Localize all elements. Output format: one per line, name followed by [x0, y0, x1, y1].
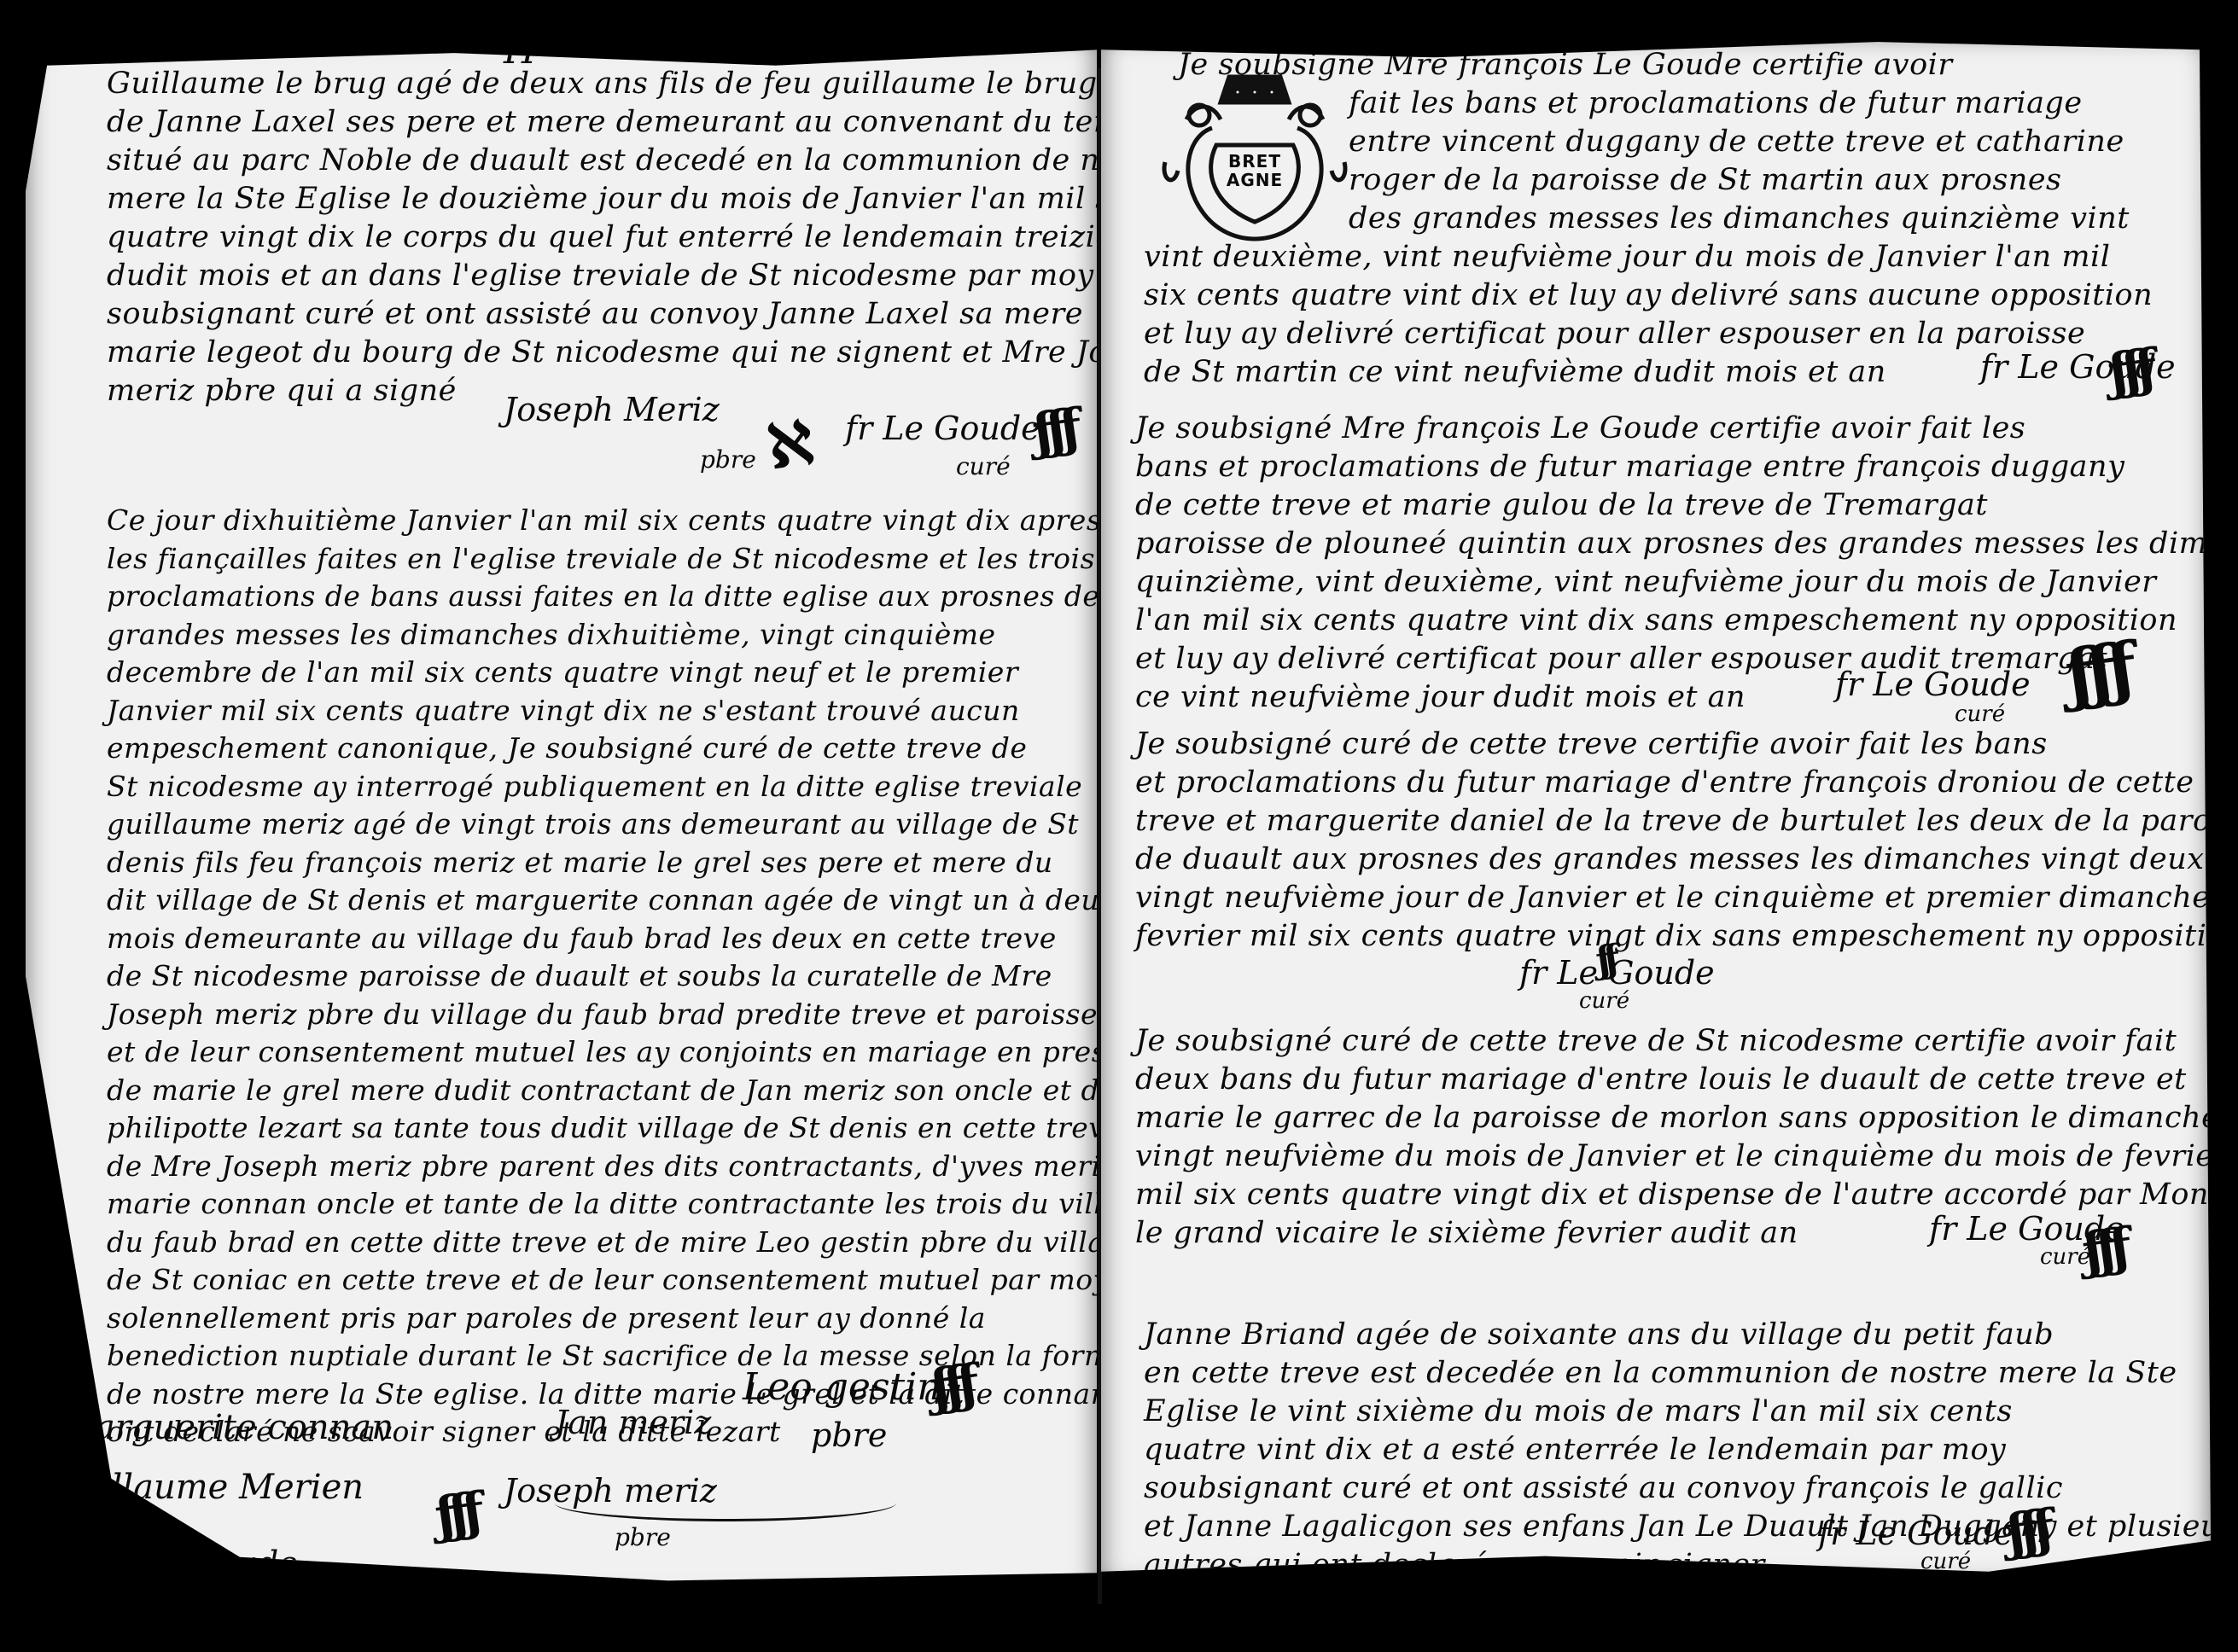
- entry-line: Guillaume le brug agé de deux ans fils d…: [107, 65, 1071, 103]
- signature-title-cure: curé: [188, 1583, 238, 1604]
- entry-line: marie connan oncle et tante de la ditte …: [107, 1185, 1080, 1224]
- entry-line: Je soubsigné Mre françois Le Goude certi…: [1135, 410, 2194, 448]
- signature-le-goude: fr Le Goude: [1818, 1515, 2014, 1552]
- entry-line: quatre vint dix et a esté enterrée le le…: [1144, 1431, 2194, 1469]
- entry-line: marie legeot du bourg de St nicodesme qu…: [107, 334, 1071, 372]
- entry-line: en cette treve est decedée en la communi…: [1144, 1354, 2194, 1393]
- entry-line: quinzième, vint deuxième, vint neufvième…: [1135, 563, 2194, 602]
- entry-line: de marie le grel mere dudit contractant …: [107, 1072, 1080, 1110]
- entry-line: du faub brad en cette ditte treve et de …: [107, 1224, 1080, 1262]
- signature-title-pbre: pbre: [700, 445, 756, 474]
- entry-line: quatre vingt dix le corps du quel fut en…: [107, 218, 1071, 257]
- right-page: Je soubsigné Mre françois Le Goude certi…: [1101, 34, 2211, 1587]
- entry-line: de St nicodesme paroisse de duault et so…: [107, 957, 1080, 996]
- signature-title-cure: curé: [1579, 988, 1629, 1014]
- entry-line: de cette treve et marie gulou de la trev…: [1135, 486, 2194, 525]
- entry-line: l'an mil six cents quatre vint dix sans …: [1135, 602, 2194, 640]
- bretagne-stamp: BRET AGNE: [1152, 68, 1357, 256]
- entry-line: grandes messes les dimanches dixhuitième…: [107, 616, 1080, 654]
- left-page: D H Guillaume le brug agé de deux ans fi…: [26, 34, 1097, 1604]
- signature-guillaume-merien: Guillaume Merien: [51, 1468, 364, 1507]
- paraph-loop-icon: ℵ: [763, 407, 808, 482]
- entry-line: bans et proclamations de futur mariage e…: [1135, 448, 2194, 486]
- entry-line: guillaume meriz agé de vingt trois ans d…: [107, 806, 1080, 844]
- entry-line: soubsignant curé et ont assisté au convo…: [107, 295, 1071, 334]
- entry-line: Ce jour dixhuitième Janvier l'an mil six…: [107, 502, 1080, 540]
- entry-line: paroisse de plouneé quintin aux prosnes …: [1135, 525, 2194, 563]
- entry-line: les fiançailles faites en l'eglise trevi…: [107, 540, 1080, 579]
- entry-line: de St coniac en cette treve et de leur c…: [107, 1261, 1080, 1300]
- paraph-flourish-icon: ƒƒƒ: [926, 1354, 975, 1419]
- entry-line: empeschement canonique, Je soubsigné cur…: [107, 730, 1080, 768]
- entry-line: denis fils feu françois meriz et marie l…: [107, 844, 1080, 882]
- paraph-flourish-icon: ƒƒƒ: [2002, 1499, 2050, 1564]
- signature-title-pbre: pbre: [811, 1416, 887, 1454]
- entry-line: Janvier mil six cents quatre vingt dix n…: [107, 692, 1080, 730]
- entry-line: mil six cents quatre vingt dix et dispen…: [1135, 1176, 2194, 1214]
- signature-marguerite-connan: Marguerite connan: [60, 1408, 393, 1447]
- paraph-flourish-icon: ƒƒƒ: [431, 1482, 480, 1547]
- entry-line: ce vint neufvième jour dudit mois et an: [1135, 678, 2194, 717]
- entry-line: de Janne Laxel ses pere et mere demeuran…: [107, 103, 1071, 142]
- entry-line: situé au parc Noble de duault est decedé…: [107, 142, 1071, 180]
- entry-line: mois demeurante au village du faub brad …: [107, 920, 1080, 958]
- entry-line: et de leur consentement mutuel les ay co…: [107, 1033, 1080, 1072]
- signature-joseph-meriz: Joseph Meriz: [504, 391, 720, 428]
- paraph-flourish-icon: ƒƒƒ: [277, 1559, 326, 1604]
- entry-line: six cents quatre vint dix et luy ay deli…: [1144, 276, 2194, 315]
- entry-line: dit village de St denis et marguerite co…: [107, 881, 1080, 920]
- signature-le-goude: fr Le Goude: [1835, 666, 2031, 703]
- entry-line: Je soubsigné curé de cette treve de St n…: [1135, 1022, 2194, 1061]
- entry-line: dudit mois et an dans l'eglise treviale …: [107, 257, 1071, 295]
- banns-entry-droniou-daniel: Je soubsigné curé de cette treve certifi…: [1135, 725, 2194, 956]
- stamp-label: BRET AGNE: [1221, 152, 1289, 189]
- paraph-flourish-icon: ƒƒƒ: [2060, 627, 2134, 715]
- entry-line: de Mre Joseph meriz pbre parent des dits…: [107, 1148, 1080, 1186]
- signature-title-pbre: pbre: [615, 1523, 671, 1551]
- entry-line: Eglise le vint sixième du mois de mars l…: [1144, 1393, 2194, 1431]
- entry-line: Je soubsigné curé de cette treve certifi…: [1135, 725, 2194, 764]
- entry-line: de duault aux prosnes des grandes messes…: [1135, 841, 2194, 879]
- register-spread: D H Guillaume le brug agé de deux ans fi…: [0, 0, 2238, 1652]
- signature-jan-meriz: Jan meriz: [555, 1404, 711, 1441]
- paraph-flourish-icon: ƒƒƒ: [2078, 1218, 2127, 1283]
- burial-entry-guillaume-le-brug: Guillaume le brug agé de deux ans fils d…: [107, 65, 1071, 410]
- entry-line: vingt neufvième du mois de Janvier et le…: [1135, 1137, 2194, 1176]
- paraph-flourish-icon: ƒƒƒ: [1029, 398, 1077, 463]
- signature-le-goude: fr Le Goude: [1519, 954, 1715, 992]
- signature-title-cure: curé: [1955, 701, 2005, 727]
- entry-line: decembre de l'an mil six cents quatre vi…: [107, 654, 1080, 692]
- entry-line: marie le garrec de la paroisse de morlon…: [1135, 1099, 2194, 1137]
- marriage-entry-meriz-connan: Ce jour dixhuitième Janvier l'an mil six…: [107, 502, 1080, 1451]
- signature-leo-gestin: Leo gestin: [743, 1365, 941, 1409]
- banns-entry-duggany-gulou: Je soubsigné Mre françois Le Goude certi…: [1135, 410, 2194, 717]
- entry-line: et luy ay delivré certificat pour aller …: [1135, 640, 2194, 678]
- entry-line: philipotte lezart sa tante tous dudit vi…: [107, 1109, 1080, 1148]
- entry-line: proclamations de bans aussi faites en la…: [107, 578, 1080, 616]
- entry-line: fevrier mil six cents quatre vingt dix s…: [1135, 917, 2194, 956]
- entry-line: et proclamations du futur mariage d'entr…: [1135, 764, 2194, 802]
- signature-title-cure: curé: [1920, 1549, 1971, 1574]
- entry-line: Janne Briand agée de soixante ans du vil…: [1144, 1316, 2194, 1354]
- entry-line: solennellement pris par paroles de prese…: [107, 1300, 1080, 1338]
- signature-title-cure: curé: [956, 452, 1011, 480]
- entry-line: vingt neufvième jour de Janvier et le ci…: [1135, 879, 2194, 917]
- entry-line: St nicodesme ay interrogé publiquement e…: [107, 768, 1080, 806]
- signature-underline-flourish: [555, 1485, 896, 1521]
- entry-line: treve et marguerite daniel de la treve d…: [1135, 802, 2194, 841]
- paraph-flourish-icon: ƒƒƒ: [2104, 339, 2153, 404]
- entry-line: mere la Ste Eglise le douzième jour du m…: [107, 180, 1071, 218]
- entry-line: deux bans du futur mariage d'entre louis…: [1135, 1061, 2194, 1099]
- signature-le-goude: fr Le Goude: [845, 410, 1040, 447]
- entry-line: Joseph meriz pbre du village du faub bra…: [107, 996, 1080, 1034]
- signature-le-goude: fr Le Goude: [102, 1544, 298, 1582]
